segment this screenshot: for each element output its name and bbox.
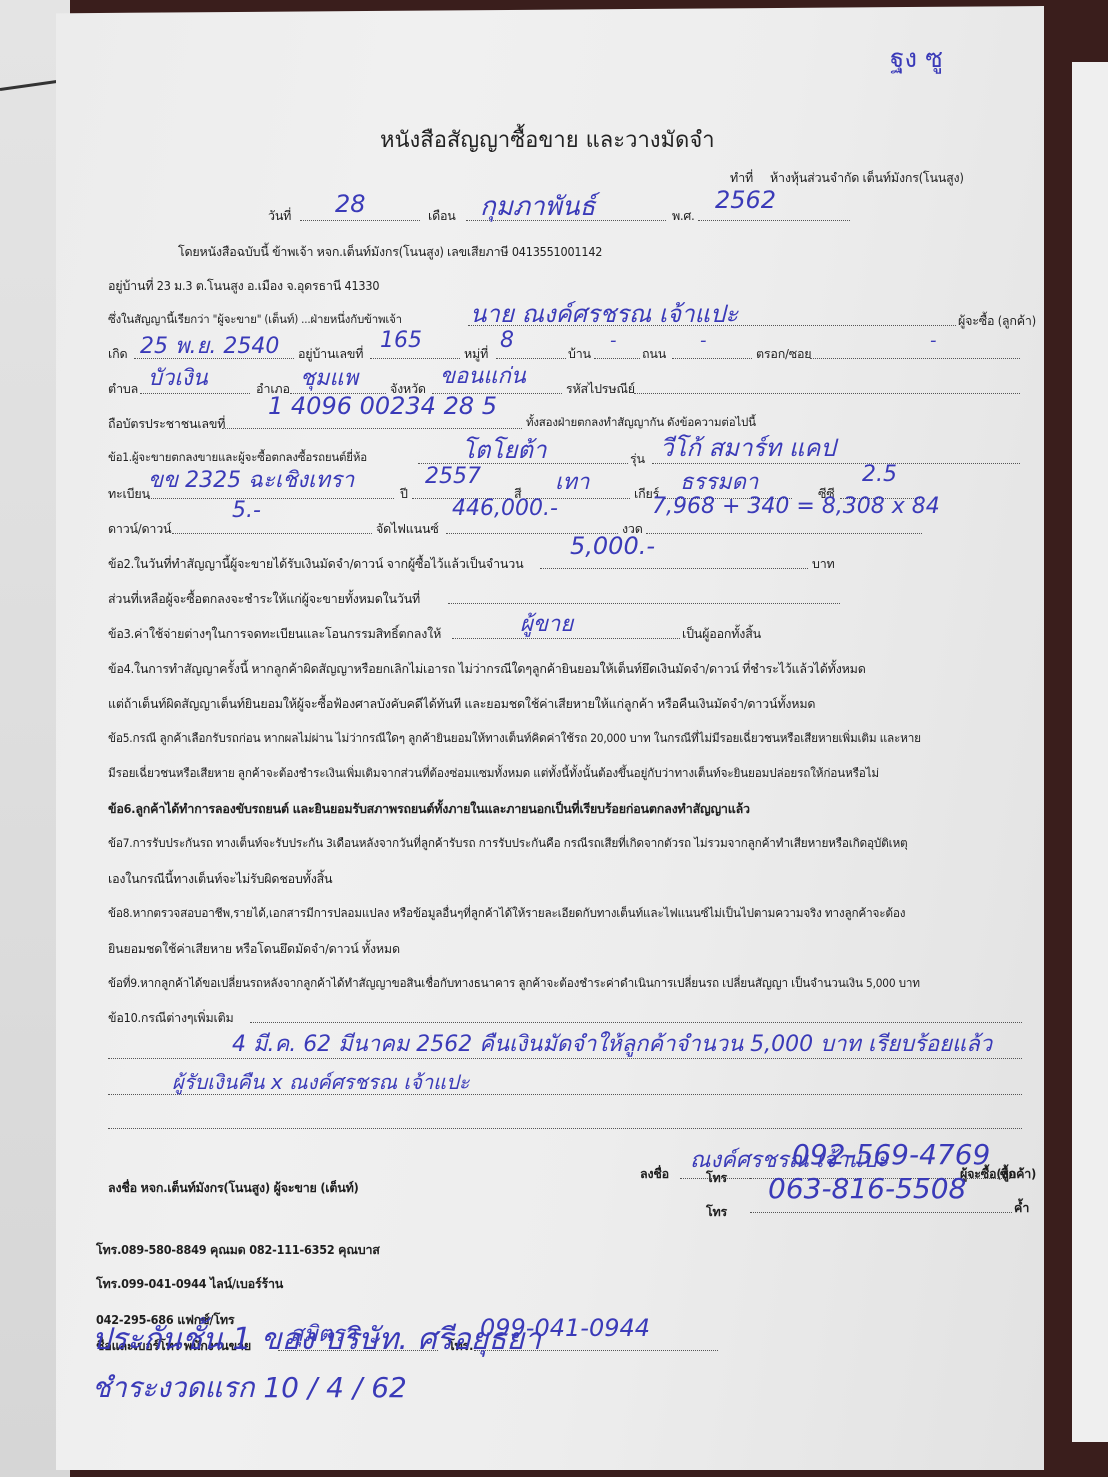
color-value: เทา [555,464,589,499]
plate-line [148,498,394,499]
clause-10-note-1: 4 มี.ค. 62 มีนาคม 2562 คืนเงินมัดจำให้ลู… [232,1026,992,1061]
guarantor-phone-suffix: ค้ำ [1014,1198,1029,1218]
id-value: 1 4096 00234 28 5 [268,392,497,420]
down-line [172,533,372,534]
born-value: 25 พ.ย. 2540 [140,328,279,363]
installment-line [646,533,922,534]
contact-line-1: โทร.089-580-8849 คุณมด 082-111-6352 คุณบ… [96,1240,380,1260]
village-value: - [610,330,617,351]
down-label: ดาวน์/ดาวน์ [108,519,171,539]
installment-value: 7,968 + 340 = 8,308 x 84 [652,494,940,519]
document-title: หนังสือสัญญาซื้อขาย และวางมัดจำ [380,122,715,157]
born-label: เกิด [108,344,127,364]
clause-10-note-2: ผู้รับเงินคืน x ณงค์ศรชรณ เจ้าแปะ [172,1066,470,1098]
first-payment-note: ชำระงวดแรก 10 / 4 / 62 [92,1366,407,1410]
clause-7b: เองในกรณีนี้ทางเต็นท์จะไม่รับผิดชอบทั้งส… [108,869,332,889]
village-line [594,358,640,359]
district-value: ชุมแพ [300,360,358,395]
road-label: ถนน [642,344,666,364]
clause-10-line-4 [108,1128,1022,1129]
corner-handwritten-note: ฐง ซู [890,38,943,79]
background-paper-right [1072,62,1108,1442]
month-label: เดือน [428,206,456,226]
buyer-signature-label: ลงชื่อ [640,1164,669,1184]
day-label: วันที่ [268,206,291,226]
clause-9: ข้อที่9.หากลูกค้าได้ขอเปลี่ยนรถหลังจากลู… [108,974,920,993]
soi-value: - [930,330,937,351]
road-value: - [700,330,707,351]
clause-2b: ส่วนที่เหลือผู้จะซื้อตกลงจะชำระให้แก่ผู้… [108,589,420,609]
id-label: ถือบัตรประชาชนเลขที่ [108,414,225,434]
seller-signature-label: ลงชื่อ หจก.เต็นท์มังกร(โนนสูง) ผู้จะขาย … [108,1178,359,1198]
clause-3: ข้อ3.ค่าใช้จ่ายต่างๆในการจดทะเบียนและโอน… [108,624,441,644]
year-field-line [698,220,850,221]
day-value: 28 [335,190,366,218]
soi-line [810,358,1020,359]
clause-8a: ข้อ8.หากตรวจสอบอาชีพ,รายได้,เอกสารมีการป… [108,904,905,923]
soi-label: ตรอก/ซอย [756,344,811,364]
moo-value: 8 [500,328,514,353]
background-rod [0,80,60,91]
made-at-value: ห้างหุ้นส่วนจำกัด เต็นท์มังกร(โนนสูง) [770,168,964,188]
clause-4b: แต่ถ้าเต็นท์ผิดสัญญาเต็นท์ยินยอมให้ผู้จะ… [108,694,815,714]
guarantor-phone-line [750,1212,1012,1213]
seller-intro: โดยหนังสือฉบับนี้ ข้าพเจ้า หจก.เต็นท์มัง… [178,242,602,262]
clause-3-party: ผู้ขาย [520,606,573,641]
model-label: รุ่น [630,449,645,469]
clause-4a: ข้อ4.ในการทำสัญญาครั้งนี้ หากลูกค้าผิดสั… [108,659,866,679]
cc-value: 2.5 [862,462,897,487]
day-field-line [300,220,420,221]
month-value: กุมภาพันธ์ [480,186,595,227]
buyer-suffix: ผู้จะซื้อ (ลูกค้า) [958,311,1036,331]
clause-7a: ข้อ7.การรับประกันรถ ทางเต็นท์จะรับประกัน… [108,834,908,853]
clause-10: ข้อ10.กรณีต่างๆเพิ่มเติม [108,1008,234,1028]
plate-label: ทะเบียน [108,484,150,504]
subdistrict-label: ตำบล [108,379,138,399]
vehicle-year-value: 2557 [425,464,481,489]
made-at-label: ทำที่ [730,168,753,188]
seller-address: อยู่บ้านที่ 23 ม.3 ต.โนนสูง อ.เมือง จ.อุ… [108,276,379,296]
clause-5a: ข้อ5.กรณี ลูกค้าเลือกรับรถก่อน หากผลไม่ผ… [108,729,921,748]
house-no-value: 165 [380,328,422,353]
id-line [222,428,522,429]
clause-10-line-1 [250,1022,1022,1023]
clause-5b: มีรอยเฉี่ยวชนหรือเสียหาย ลูกค้าจะต้องชำร… [108,764,879,783]
year-label: พ.ศ. [672,206,695,226]
plate-value: ขข 2325 ฉะเชิงเทรา [148,462,354,497]
village-label: บ้าน [568,344,591,364]
clause-6: ข้อ6.ลูกค้าได้ทำการลองขับรถยนต์ และยินยอ… [108,799,750,819]
clause-2-line [540,568,808,569]
finance-value: 446,000.- [452,496,558,521]
clause-2b-line [448,603,840,604]
buyer-phone: 092-569-4769 [792,1138,990,1171]
clause-2-unit: บาท [812,554,835,574]
province-value: ขอนแก่น [440,358,526,393]
clause-3-suffix: เป็นผู้ออกทั้งสิ้น [682,624,761,644]
down-value: 5.- [232,498,261,523]
guarantor-phone-label: โทร [706,1202,727,1222]
buyer-phone-label: โทร [706,1168,727,1188]
party-prefix: ซึ่งในสัญญานี้เรียกว่า "ผู้จะขาย" (เต็นท… [108,311,402,329]
clause-2-amount: 5,000.- [570,532,655,560]
vehicle-year-label: ปี [400,484,408,504]
road-line [672,358,752,359]
subdistrict-value: บัวเงิน [148,360,208,395]
postcode-line [634,393,1020,394]
guarantor-phone: 063-816-5508 [768,1172,966,1205]
postcode-label: รหัสไปรษณีย์ [566,379,635,399]
buyer-phone-suffix: ซื้อ [1000,1164,1016,1184]
contact-line-2: โทร.099-041-0944 ไลน์/เบอร์ร้าน [96,1274,283,1294]
model-value: วีโก้ สมาร์ท แคป [660,428,836,467]
clause-2: ข้อ2.ในวันที่ทำสัญญานี้ผู้จะขายได้รับเงิ… [108,554,523,574]
finance-label: จัดไฟแนนซ์ [376,519,439,539]
insurance-note: ประกันชั้น 1 ของ บริษัท. ศรีอยุธยา [92,1316,541,1363]
clause-8b: ยินยอมชดใช้ค่าเสียหาย หรือโดนยึดมัดจำ/ดา… [108,939,400,959]
year-value: 2562 [715,186,776,214]
